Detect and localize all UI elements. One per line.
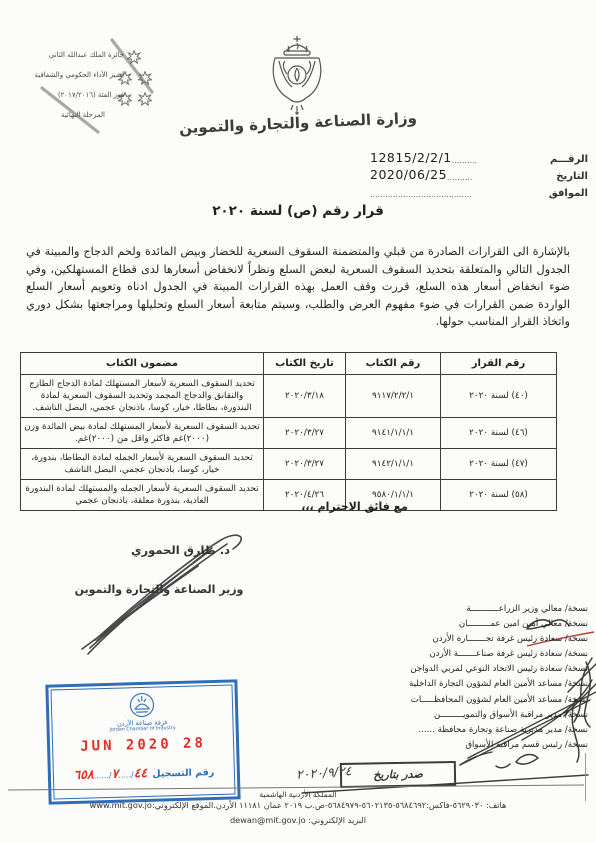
scan-edge-artifact [585, 753, 586, 801]
table-row: (٤٦) لسنة ٢٠٢٠ ٩١٤١/١/١/١ ٢٠٢٠/٣/٢٧ تحدي… [21, 418, 557, 449]
chamber-stamp: غرفة صناعة الأردن Jordan Chamber of Indu… [45, 679, 240, 804]
cell-content: تحديد السقوف السعرية لأسعار المستهلك لما… [21, 418, 264, 449]
ref-date-row: التاريخ .......... 2020/06/25 [370, 165, 588, 182]
table-header-book-date: تاريخ الكتاب [264, 353, 346, 375]
award-emblem: جائزة الملك عبدالله الثاني لتميز الأداء … [24, 50, 124, 130]
email-label: البريد الإلكتروني: [308, 815, 366, 825]
ref-corresponding-row: الموافق ................................… [370, 182, 588, 199]
cell-book-no: ٩١٤١/١/١/١ [346, 418, 441, 449]
cell-book-date: ٢٠٢٠/٣/١٨ [264, 375, 346, 418]
cell-content: تحديد السقوف السعرية لأسعار الجمله والمس… [21, 480, 264, 511]
table-header-decision-no: رقم القرار [441, 353, 557, 375]
copy-recipient: نسخة/ مساعد الأمين العام لشؤون المحافظــ… [360, 693, 588, 708]
registration-part-1: ٤٤ [133, 765, 147, 780]
received-date-stamp: 28 JUN 2020 [53, 734, 233, 755]
kingdom-name: المملكة الأردنية الهاشمية [0, 790, 596, 799]
copy-recipient: نسخة/ مساعد الأمين العام لشؤون التجارة ا… [360, 677, 588, 692]
cell-decision-no: (٤٠) لسنة ٢٠٢٠ [441, 375, 557, 418]
registration-number-line: رقم التسجيل ٤٤/.....٧/......٦٥٨ [54, 759, 234, 783]
decisions-table: رقم القرار رقم الكتاب تاريخ الكتاب مضمون… [20, 352, 557, 511]
ref-number-row: الرقـــم .......... 12815/2/2/1 [370, 148, 588, 165]
email-value: dewan@mit.gov.jo [230, 815, 306, 825]
decision-title: قرار رقم (ص) لسنة ٢٠٢٠ [0, 203, 596, 219]
cell-book-no: ٩١٤٢/١/١/١ [346, 449, 441, 480]
table-row: (٤٧) لسنة ٢٠٢٠ ٩١٤٢/١/١/١ ٢٠٢٠/٣/٢٧ تحدي… [21, 449, 557, 480]
decision-body-paragraph: بالإشارة الى القرارات الصادرة من قبلي وا… [26, 243, 570, 331]
copies-list: نسخة/ معالي وزير الزراعـــــــــــةنسخة/… [360, 602, 588, 753]
table-header-row: رقم القرار رقم الكتاب تاريخ الكتاب مضمون… [21, 353, 557, 375]
registration-part-3: ٦٥٨ [73, 766, 94, 782]
copy-recipient: نسخة/ سعادة رئيس غرفة تجـــــــارة الأرد… [360, 632, 588, 647]
cell-decision-no: (٤٧) لسنة ٢٠٢٠ [441, 449, 557, 480]
award-line-3: فوز الفئة (٢٠١٧/٢٠١٦) [24, 90, 124, 100]
table-row: (٥٨) لسنة ٢٠٢٠ ٩٥٨٠/١/١/١ ٢٠٢٠/٤/٢٦ تحدي… [21, 480, 557, 511]
copy-recipient: نسخة/ معالي أمين امين عمـــــــــان [360, 617, 588, 632]
footer-email-line: البريد الإلكتروني: dewan@mit.gov.jo [0, 815, 596, 825]
ref-number-value: 12815/2/2/1 [370, 150, 452, 165]
minister-title: وزير الصناعة والتجارة والتموين [70, 583, 248, 596]
cell-book-date: ٢٠٢٠/٣/٢٧ [264, 418, 346, 449]
ref-date-value: 2020/06/25 [370, 167, 447, 182]
registration-dots-1: /..... [118, 770, 134, 779]
dotted-leader: .......... [447, 173, 542, 182]
copy-recipient: نسخة/ مدير مراقبة الأسواق والتمويـــــــ… [360, 708, 588, 723]
ref-corresponding-label: الموافق [542, 188, 588, 199]
copy-recipient: نسخة/ سعادة رئيس غرفة صناعـــــــة الأرد… [360, 647, 588, 662]
dotted-leader: .......... [452, 156, 542, 165]
footer-contact-line: هاتف: ٥٦٢٩٠٣٠-فاكس:٥٦٨٤٦٩٢-٥٦٠٢١٣٥-٥٦٨٤٩… [0, 800, 596, 810]
cell-content: تحديد السقوف السعرية لأسعار الجمله لمادة… [21, 449, 264, 480]
closing-salutation: مع فائق الاحترام ،،، [301, 500, 408, 513]
table-header-book-no: رقم الكتاب [346, 353, 441, 375]
copy-recipient: نسخة/ معالي وزير الزراعـــــــــــة [360, 602, 588, 617]
cell-book-no: ٩١١٧/٢/٢/١ [346, 375, 441, 418]
registration-dots-2: /...... [94, 771, 112, 780]
cell-book-date: ٢٠٢٠/٣/٢٧ [264, 449, 346, 480]
coat-of-arms-icon [258, 34, 336, 116]
copy-recipient: نسخة/ مدير مديرية صناعة وتجارة محافظة ..… [360, 723, 588, 738]
minister-name: د. طارق الحموري [108, 543, 253, 557]
document-page: جائزة الملك عبدالله الثاني لتميز الأداء … [0, 0, 596, 842]
award-line-1: جائزة الملك عبدالله الثاني [24, 50, 124, 60]
copy-recipient: نسخة/ رئيس قسم مراقبة الأسواق [360, 738, 588, 753]
award-line-4: المرحلة النهائية [24, 110, 124, 120]
table-row: (٤٠) لسنة ٢٠٢٠ ٩١١٧/٢/٢/١ ٢٠٢٠/٣/١٨ تحدي… [21, 375, 557, 418]
reference-fields: الرقـــم .......... 12815/2/2/1 التاريخ … [370, 148, 588, 199]
table-header-content: مضمون الكتاب [21, 353, 264, 375]
dotted-leader: ........................................ [370, 190, 542, 199]
issued-date-box: صدر بتاريخ [340, 761, 456, 788]
ref-number-label: الرقـــم [542, 154, 588, 165]
chamber-logo-icon [52, 690, 233, 721]
copy-recipient: نسخة/ سعادة رئيس الاتحاد النوعي لمربي ال… [360, 662, 588, 677]
cell-content: تحديد السقوف السعرية لأسعار المستهلك لما… [21, 375, 264, 418]
cell-decision-no: (٥٨) لسنة ٢٠٢٠ [441, 480, 557, 511]
cell-decision-no: (٤٦) لسنة ٢٠٢٠ [441, 418, 557, 449]
registration-label: رقم التسجيل [152, 767, 214, 780]
award-line-2: لتميز الأداء الحكومي والشفافية [24, 70, 124, 80]
chamber-stamp-inner-border: غرفة صناعة الأردن Jordan Chamber of Indu… [50, 684, 235, 799]
ref-date-label: التاريخ [542, 171, 588, 182]
